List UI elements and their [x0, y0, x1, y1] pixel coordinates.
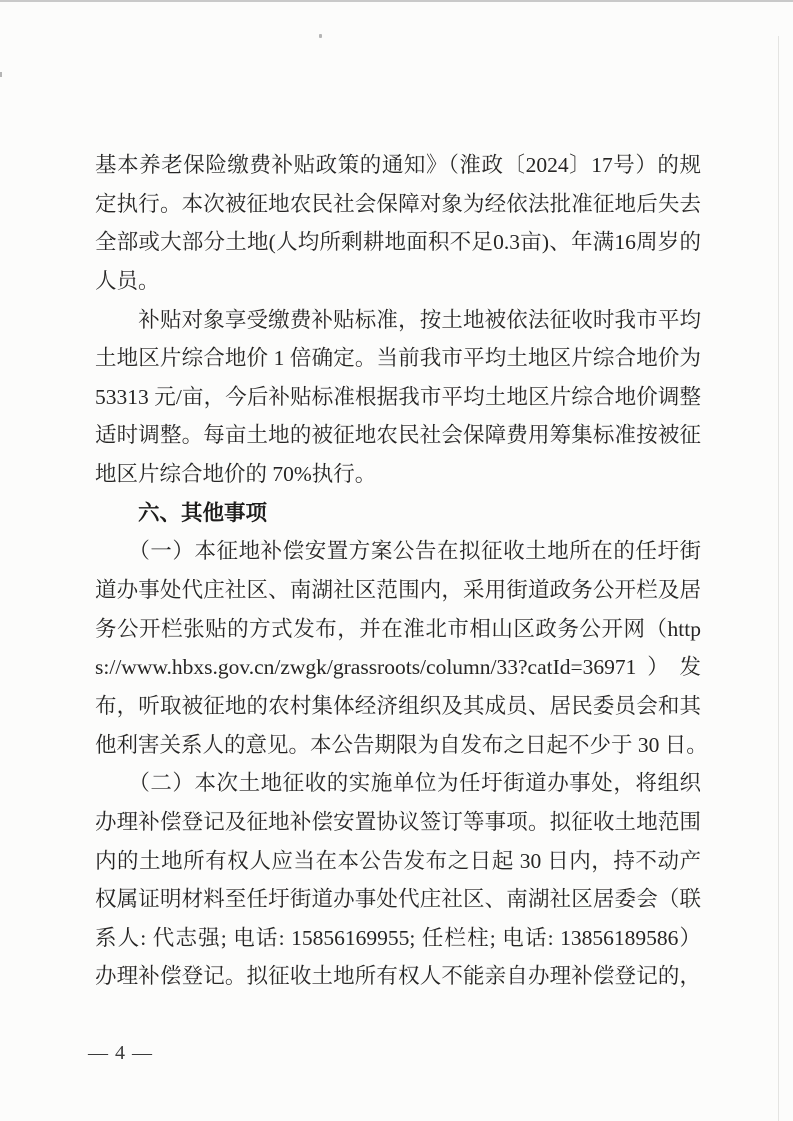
text-line: 补贴对象享受缴费补贴标准，按土地被依法征收时我市平均 — [95, 301, 701, 340]
text-line: 适时调整。每亩土地的被征地农民社会保障费用筹集标准按被征 — [95, 416, 701, 455]
text-line: 全部或大部分土地(人均所剩耕地面积不足0.3亩)、年满16周岁的 — [95, 223, 701, 262]
scanned-document-page: 基本养老保险缴费补贴政策的通知》（淮政〔2024〕17号）的规定执行。本次被征地… — [0, 0, 793, 1121]
text-line: 道办事处代庄社区、南湖社区范围内，采用街道政务公开栏及居 — [95, 571, 701, 610]
text-line: 权属证明材料至任圩街道办事处代庄社区、南湖社区居委会（联 — [95, 880, 701, 919]
scan-speck-artifact — [319, 34, 322, 38]
text-line: s://www.hbxs.gov.cn/zwgk/grassroots/colu… — [95, 648, 701, 687]
text-line: 内的土地所有权人应当在本公告发布之日起 30 日内，持不动产 — [95, 842, 701, 881]
text-line: 地区片综合地价的 70%执行。 — [95, 455, 701, 494]
text-line: 布，听取被征地的农村集体经济组织及其成员、居民委员会和其 — [95, 687, 701, 726]
text-line: 基本养老保险缴费补贴政策的通知》（淮政〔2024〕17号）的规 — [95, 146, 701, 185]
text-line: 人员。 — [95, 262, 701, 301]
scan-edge-right — [778, 36, 779, 1121]
text-line: 办理补偿登记及征地补偿安置协议签订等事项。拟征收土地范围 — [95, 803, 701, 842]
scan-speck-left-artifact — [0, 72, 2, 77]
document-body: 基本养老保险缴费补贴政策的通知》（淮政〔2024〕17号）的规定执行。本次被征地… — [95, 146, 701, 996]
text-line: （一）本征地补偿安置方案公告在拟征收土地所在的任圩街 — [95, 532, 701, 571]
text-line: 系人: 代志强; 电话: 15856169955; 任栏柱; 电话: 13856… — [95, 919, 701, 958]
scan-edge-top — [0, 0, 793, 2]
page-number: — 4 — — [88, 1041, 153, 1065]
text-line: 土地区片综合地价 1 倍确定。当前我市平均土地区片综合地价为 — [95, 339, 701, 378]
text-line: 53313 元/亩，今后补贴标准根据我市平均土地区片综合地价调整 — [95, 378, 701, 417]
text-line: 定执行。本次被征地农民社会保障对象为经依法批准征地后失去 — [95, 185, 701, 224]
text-line: 他利害关系人的意见。本公告期限为自发布之日起不少于 30 日。 — [95, 726, 701, 765]
text-line: 办理补偿登记。拟征收土地所有权人不能亲自办理补偿登记的， — [95, 957, 701, 996]
section-heading-other-matters: 六、其他事项 — [95, 494, 701, 533]
text-line: （二）本次土地征收的实施单位为任圩街道办事处，将组织 — [95, 764, 701, 803]
text-line: 务公开栏张贴的方式发布，并在淮北市相山区政务公开网（http — [95, 610, 701, 649]
